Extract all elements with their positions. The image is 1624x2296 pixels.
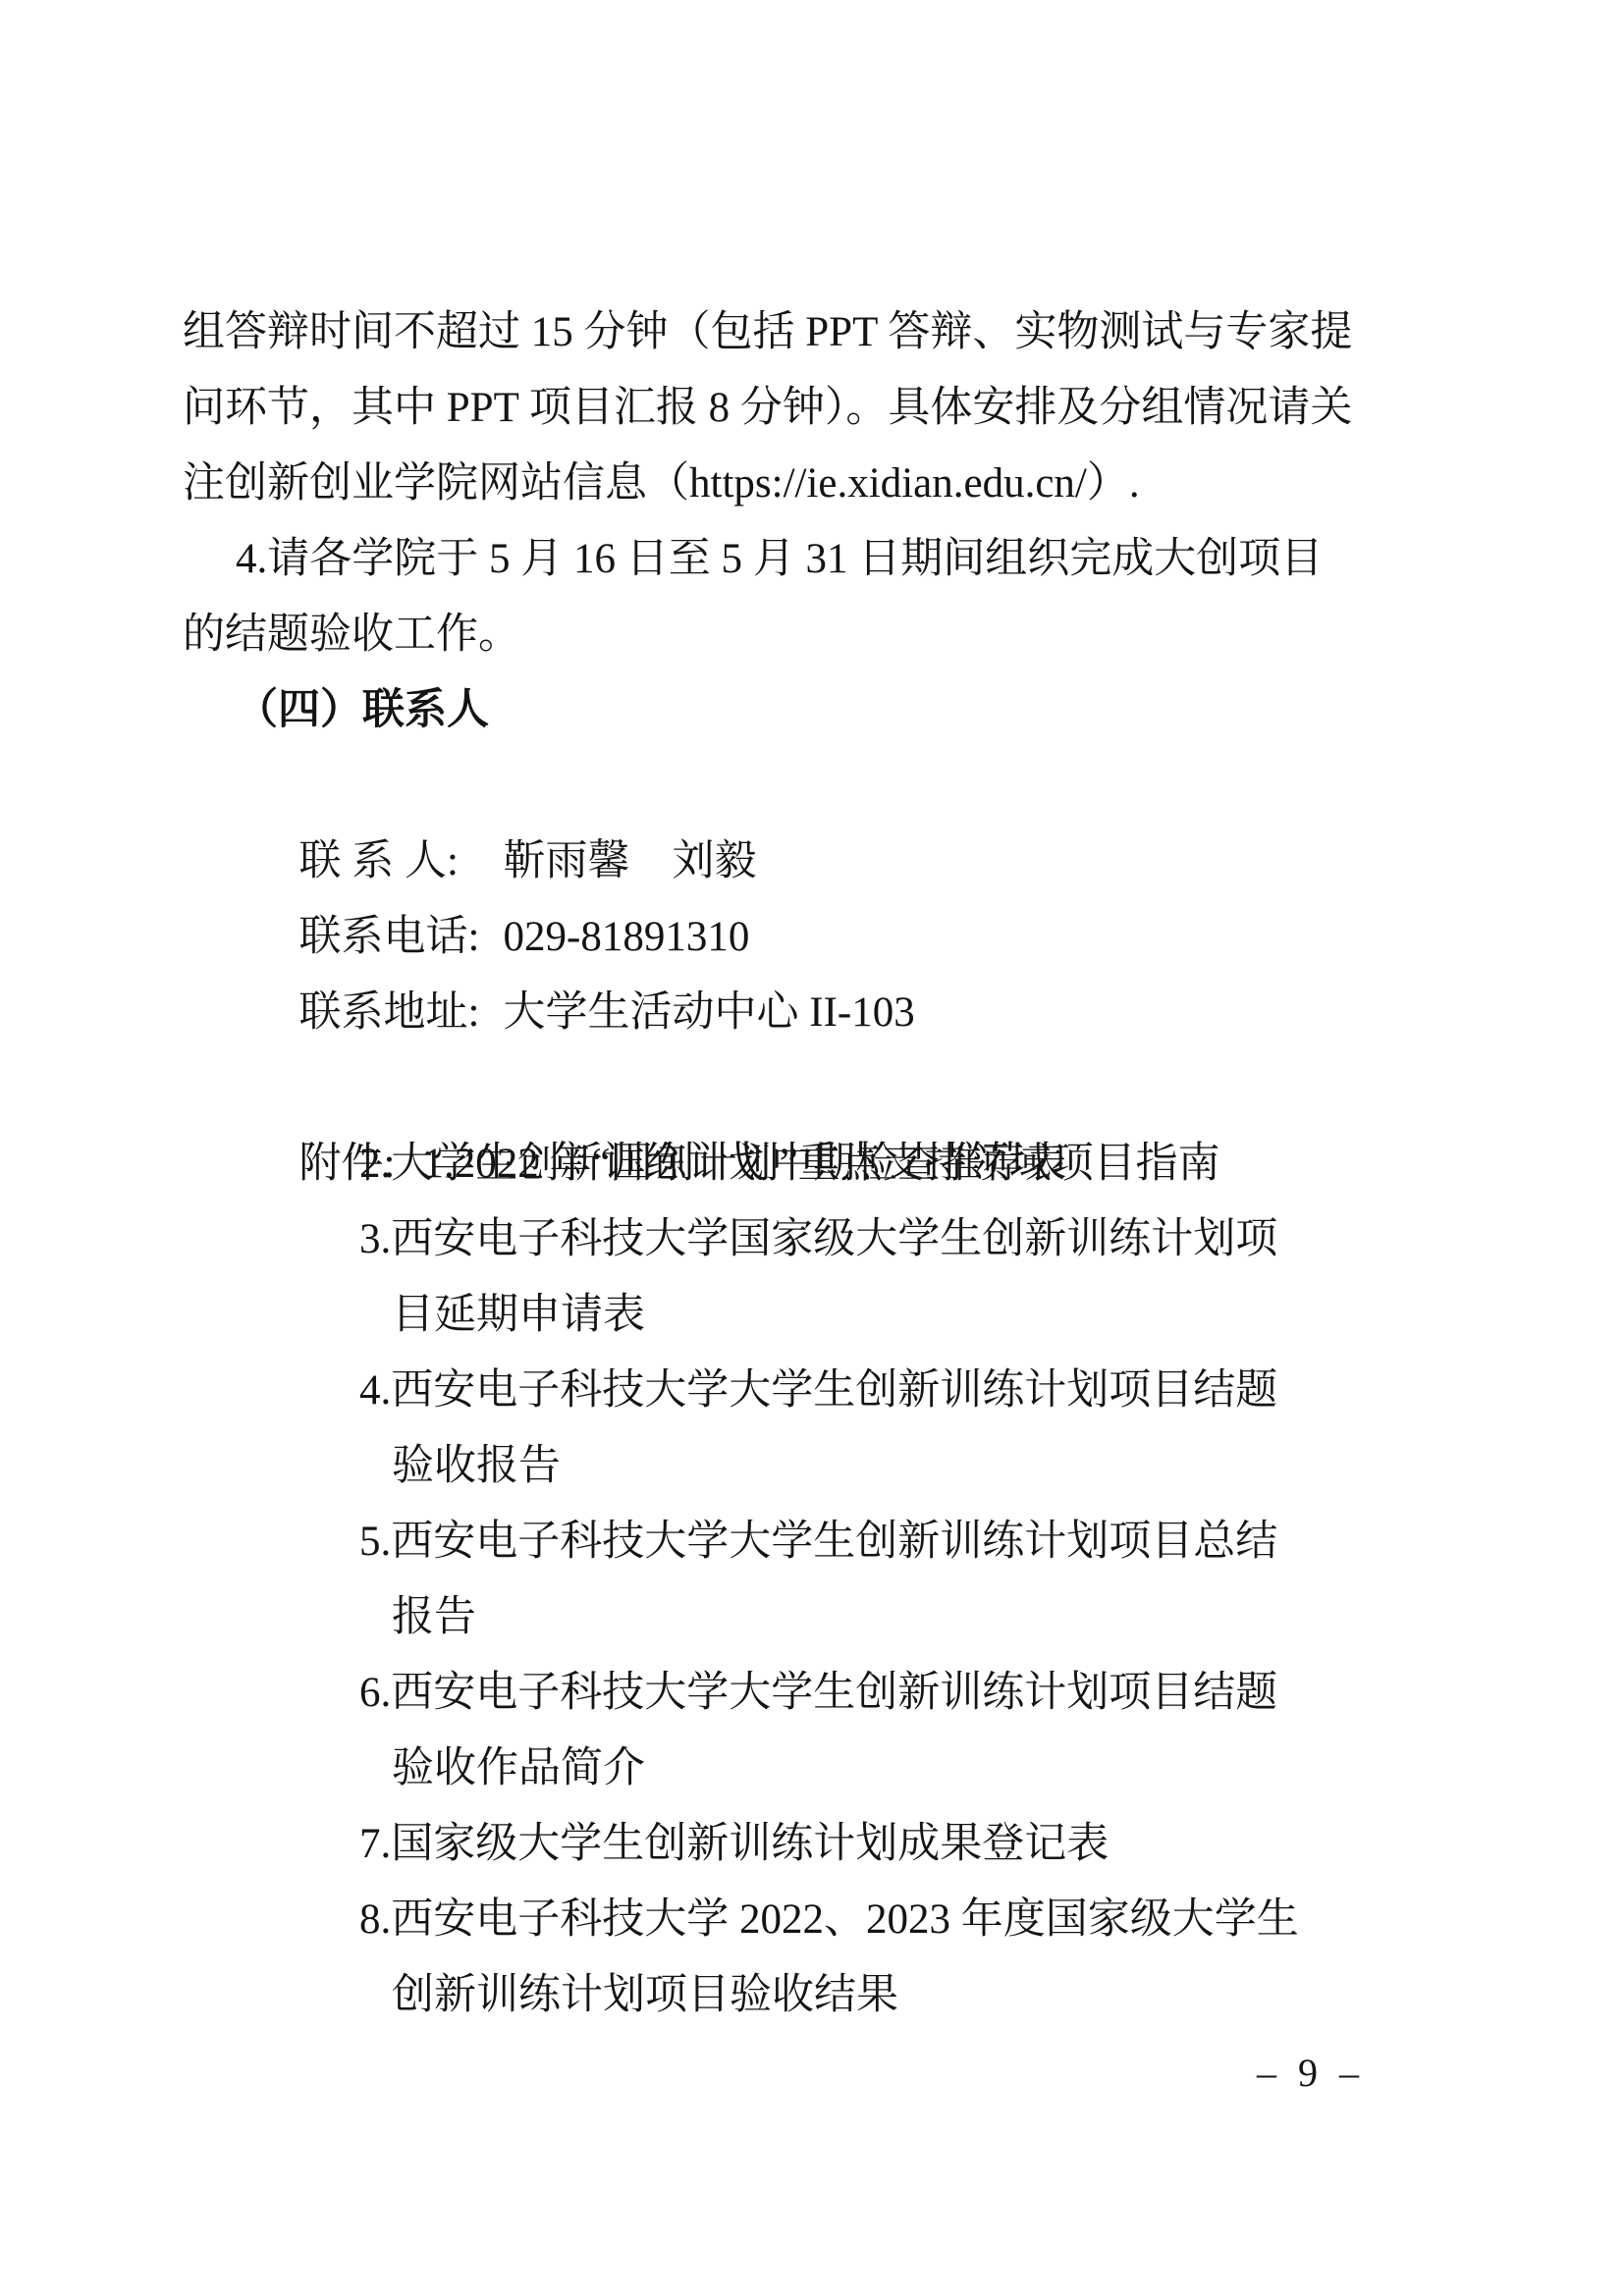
paragraph-line: 4.请各学院于 5 月 16 日至 5 月 31 日期间组织完成大创项目: [183, 521, 1459, 597]
paragraph-line-with-url: 注创新创业学院网站信息（https://ie.xidian.edu.cn/）.: [183, 446, 1459, 521]
page-number: – 9 –: [1257, 2052, 1365, 2095]
paragraph-line: 的结题验收工作。: [183, 597, 1459, 672]
attachment-item: 2.大学生创新训练计划中期检查推荐表: [183, 1126, 1459, 1201]
document-body: 组答辩时间不超过 15 分钟（包括 PPT 答辩、实物测试与专家提 问环节，其中…: [183, 294, 1459, 2033]
section-heading: （四）联系人: [183, 672, 1459, 748]
contact-label: 联系地址:: [299, 975, 504, 1050]
document-page: 组答辩时间不超过 15 分钟（包括 PPT 答辩、实物测试与专家提 问环节，其中…: [0, 0, 1624, 2296]
attachment-item: 5.西安电子科技大学大学生创新训练计划项目总结: [183, 1504, 1459, 1579]
paragraph-line: 问环节，其中 PPT 项目汇报 8 分钟）。具体安排及分组情况请关: [183, 370, 1459, 446]
contact-value: 029-81891310: [504, 914, 750, 960]
contact-row: 联 系 人:靳雨馨 刘毅: [183, 748, 1459, 824]
attachment-item-continuation: 验收报告: [183, 1428, 1459, 1504]
attachment-item-continuation: 创新训练计划项目验收结果: [183, 1957, 1459, 2033]
contact-label: 联 系 人:: [299, 824, 504, 899]
paragraph-line: 组答辩时间不超过 15 分钟（包括 PPT 答辩、实物测试与专家提: [183, 294, 1459, 370]
attachment-item-continuation: 目延期申请表: [183, 1277, 1459, 1353]
attachment-item: 3.西安电子科技大学国家级大学生创新训练计划项: [183, 1201, 1459, 1277]
attachment-item: 6.西安电子科技大学大学生创新训练计划项目结题: [183, 1655, 1459, 1731]
contact-value: 大学生活动中心 II-103: [504, 989, 915, 1036]
attachment-item-continuation: 验收作品简介: [183, 1731, 1459, 1806]
contact-value: 靳雨馨 刘毅: [504, 838, 757, 884]
contact-label: 联系电话:: [299, 899, 504, 975]
attachments-start-row: 附件:1.2022 年“国创计划”重点支持领域项目指南: [183, 1050, 1459, 1126]
attachment-item: 4.西安电子科技大学大学生创新训练计划项目结题: [183, 1353, 1459, 1428]
attachment-item-continuation: 报告: [183, 1579, 1459, 1655]
attachment-item: 7.国家级大学生创新训练计划成果登记表: [183, 1806, 1459, 1882]
attachment-item: 8.西安电子科技大学 2022、2023 年度国家级大学生: [183, 1882, 1459, 1957]
